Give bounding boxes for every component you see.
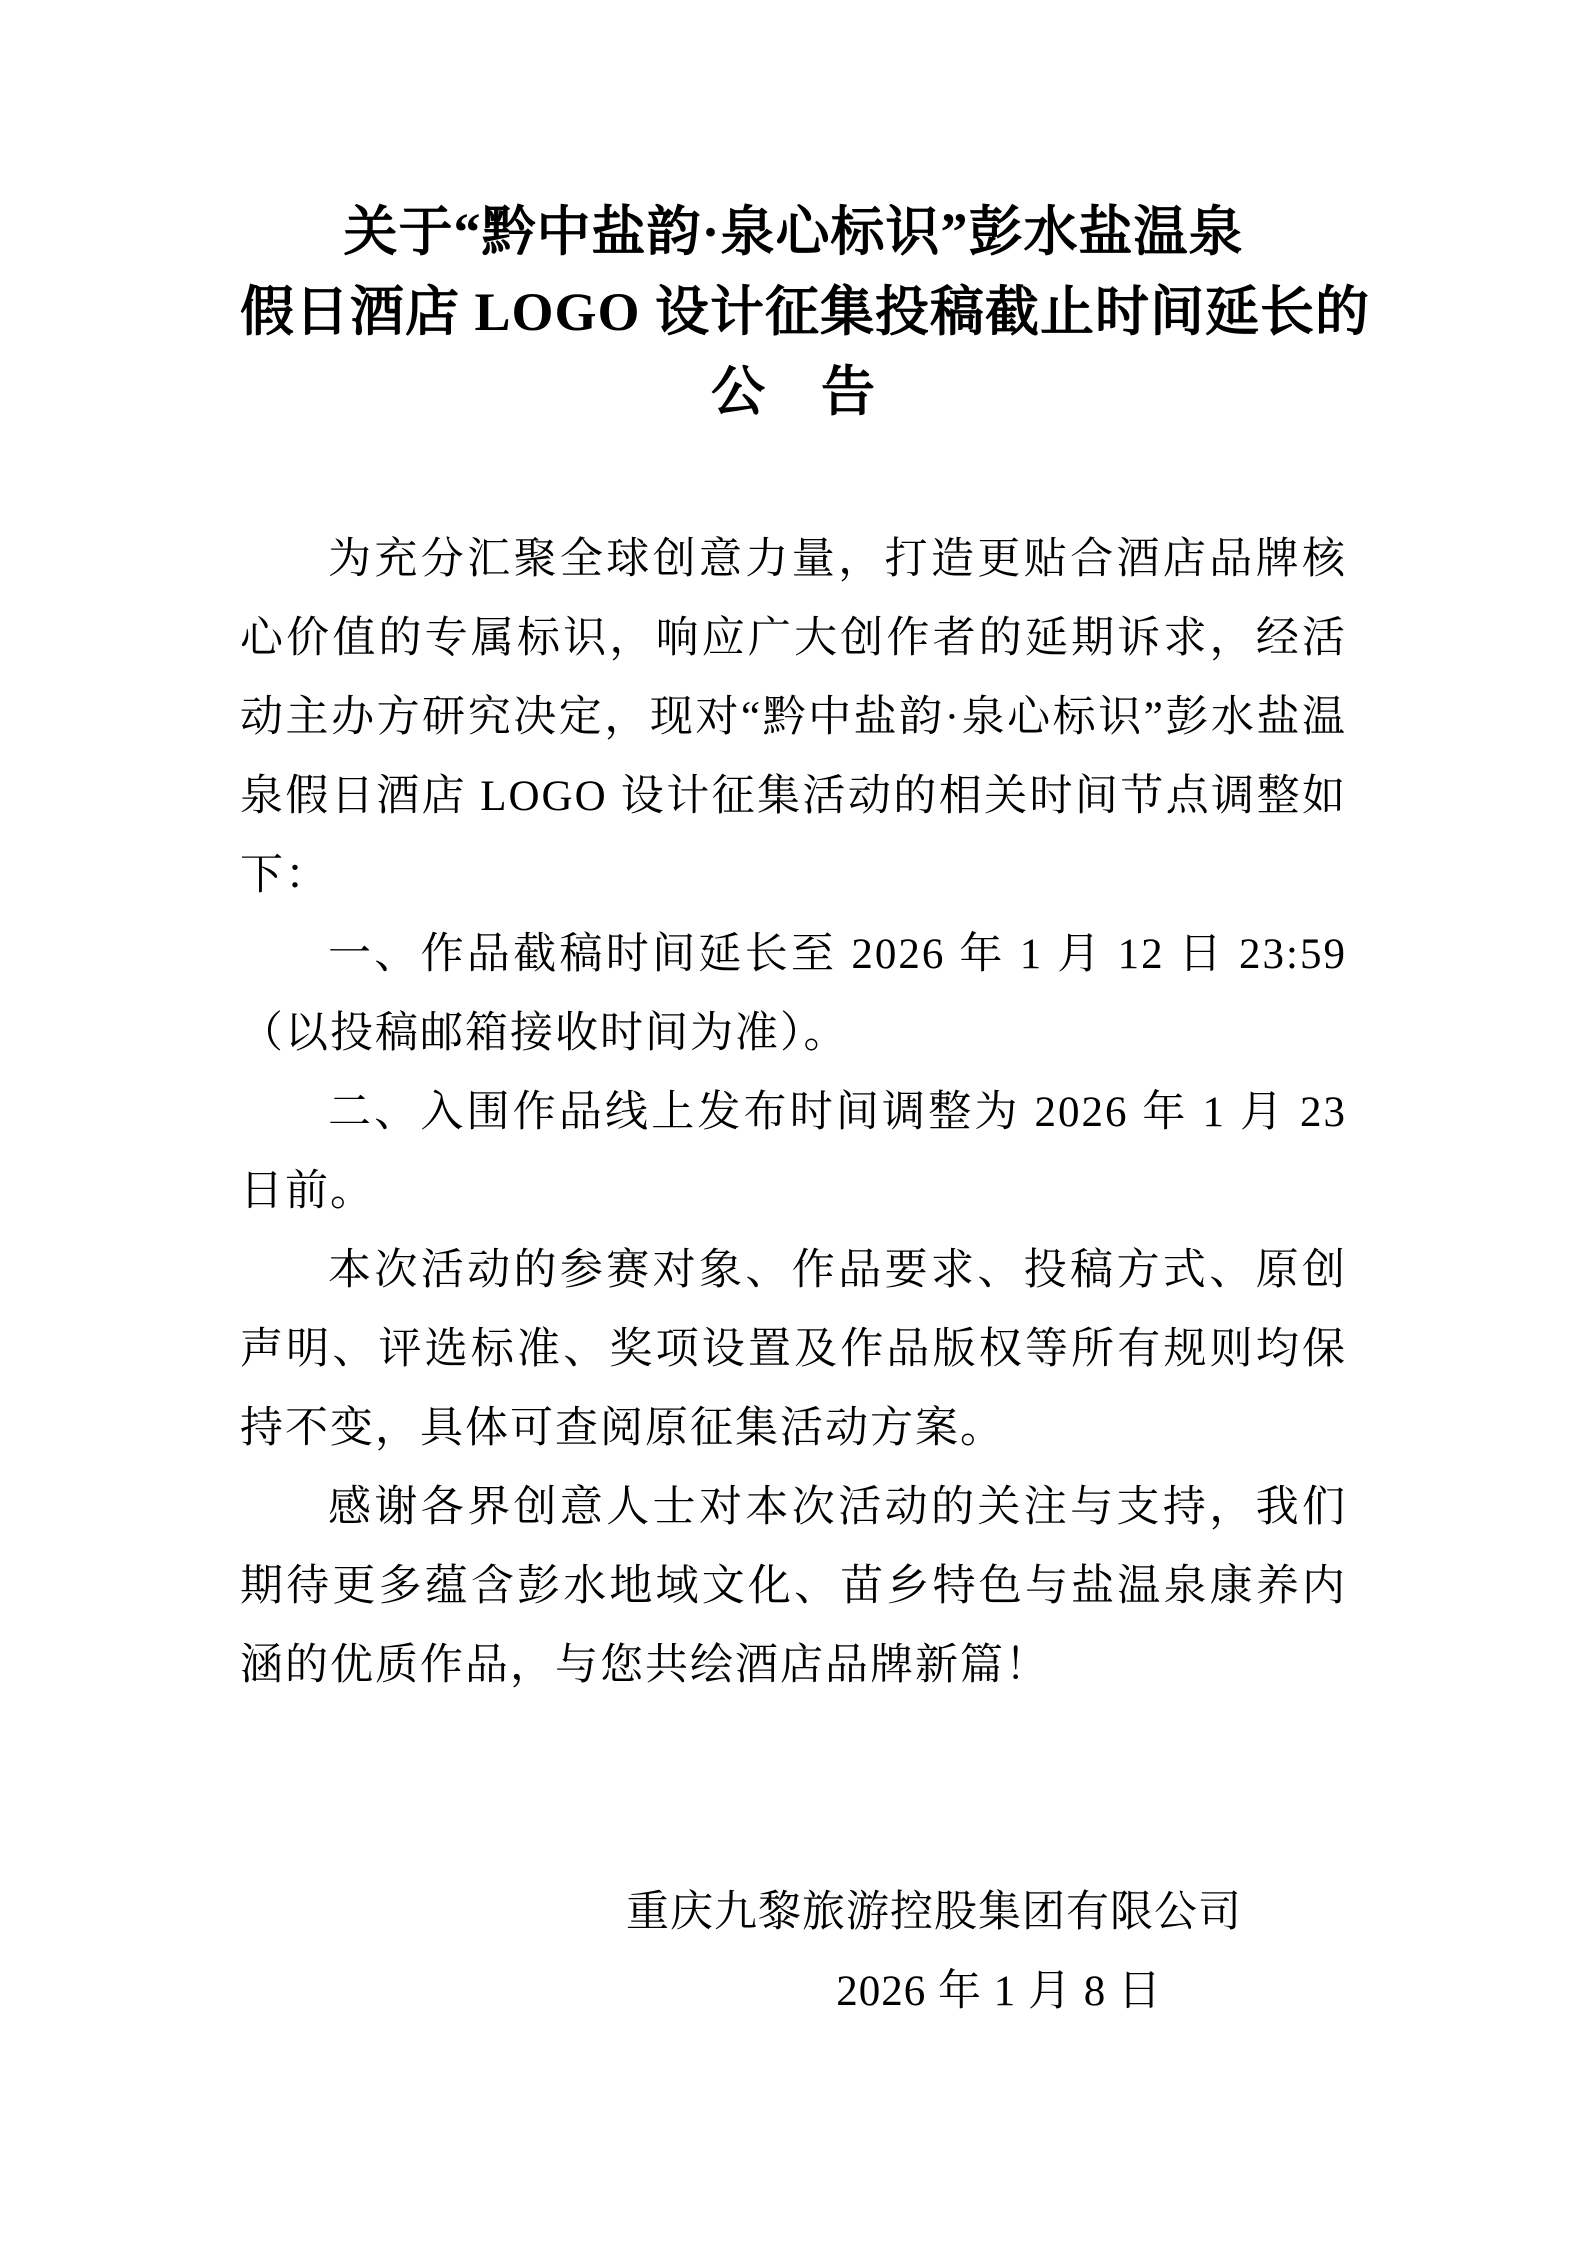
body-paragraph-item-1: 一、作品截稿时间延长至 2026 年 1 月 12 日 23:59（以投稿邮箱接… [240,915,1347,1073]
body-paragraph-thanks: 感谢各界创意人士对本次活动的关注与支持，我们期待更多蕴含彭水地域文化、苗乡特色与… [240,1468,1347,1705]
signature-date: 2026 年 1 月 8 日 [240,1952,1347,2031]
title-line-1: 关于“黔中盐韵·泉心标识”彭水盐温泉 [240,192,1347,272]
title-line-2: 假日酒店 LOGO 设计征集投稿截止时间延长的 [240,272,1347,352]
signature-company: 重庆九黎旅游控股集团有限公司 [240,1873,1347,1952]
document-body: 为充分汇聚全球创意力量，打造更贴合酒店品牌核心价值的专属标识，响应广大创作者的延… [240,520,1347,1705]
announcement-page: 关于“黔中盐韵·泉心标识”彭水盐温泉 假日酒店 LOGO 设计征集投稿截止时间延… [0,0,1587,2245]
title-line-3: 公 告 [240,352,1347,432]
signature-block: 重庆九黎旅游控股集团有限公司 2026 年 1 月 8 日 [240,1873,1347,2031]
body-paragraph-item-2: 二、入围作品线上发布时间调整为 2026 年 1 月 23 日前。 [240,1073,1347,1231]
body-paragraph-rules: 本次活动的参赛对象、作品要求、投稿方式、原创声明、评选标准、奖项设置及作品版权等… [240,1231,1347,1468]
document-title: 关于“黔中盐韵·泉心标识”彭水盐温泉 假日酒店 LOGO 设计征集投稿截止时间延… [240,192,1347,432]
body-paragraph-intro: 为充分汇聚全球创意力量，打造更贴合酒店品牌核心价值的专属标识，响应广大创作者的延… [240,520,1347,915]
page-content: 关于“黔中盐韵·泉心标识”彭水盐温泉 假日酒店 LOGO 设计征集投稿截止时间延… [0,0,1587,2031]
